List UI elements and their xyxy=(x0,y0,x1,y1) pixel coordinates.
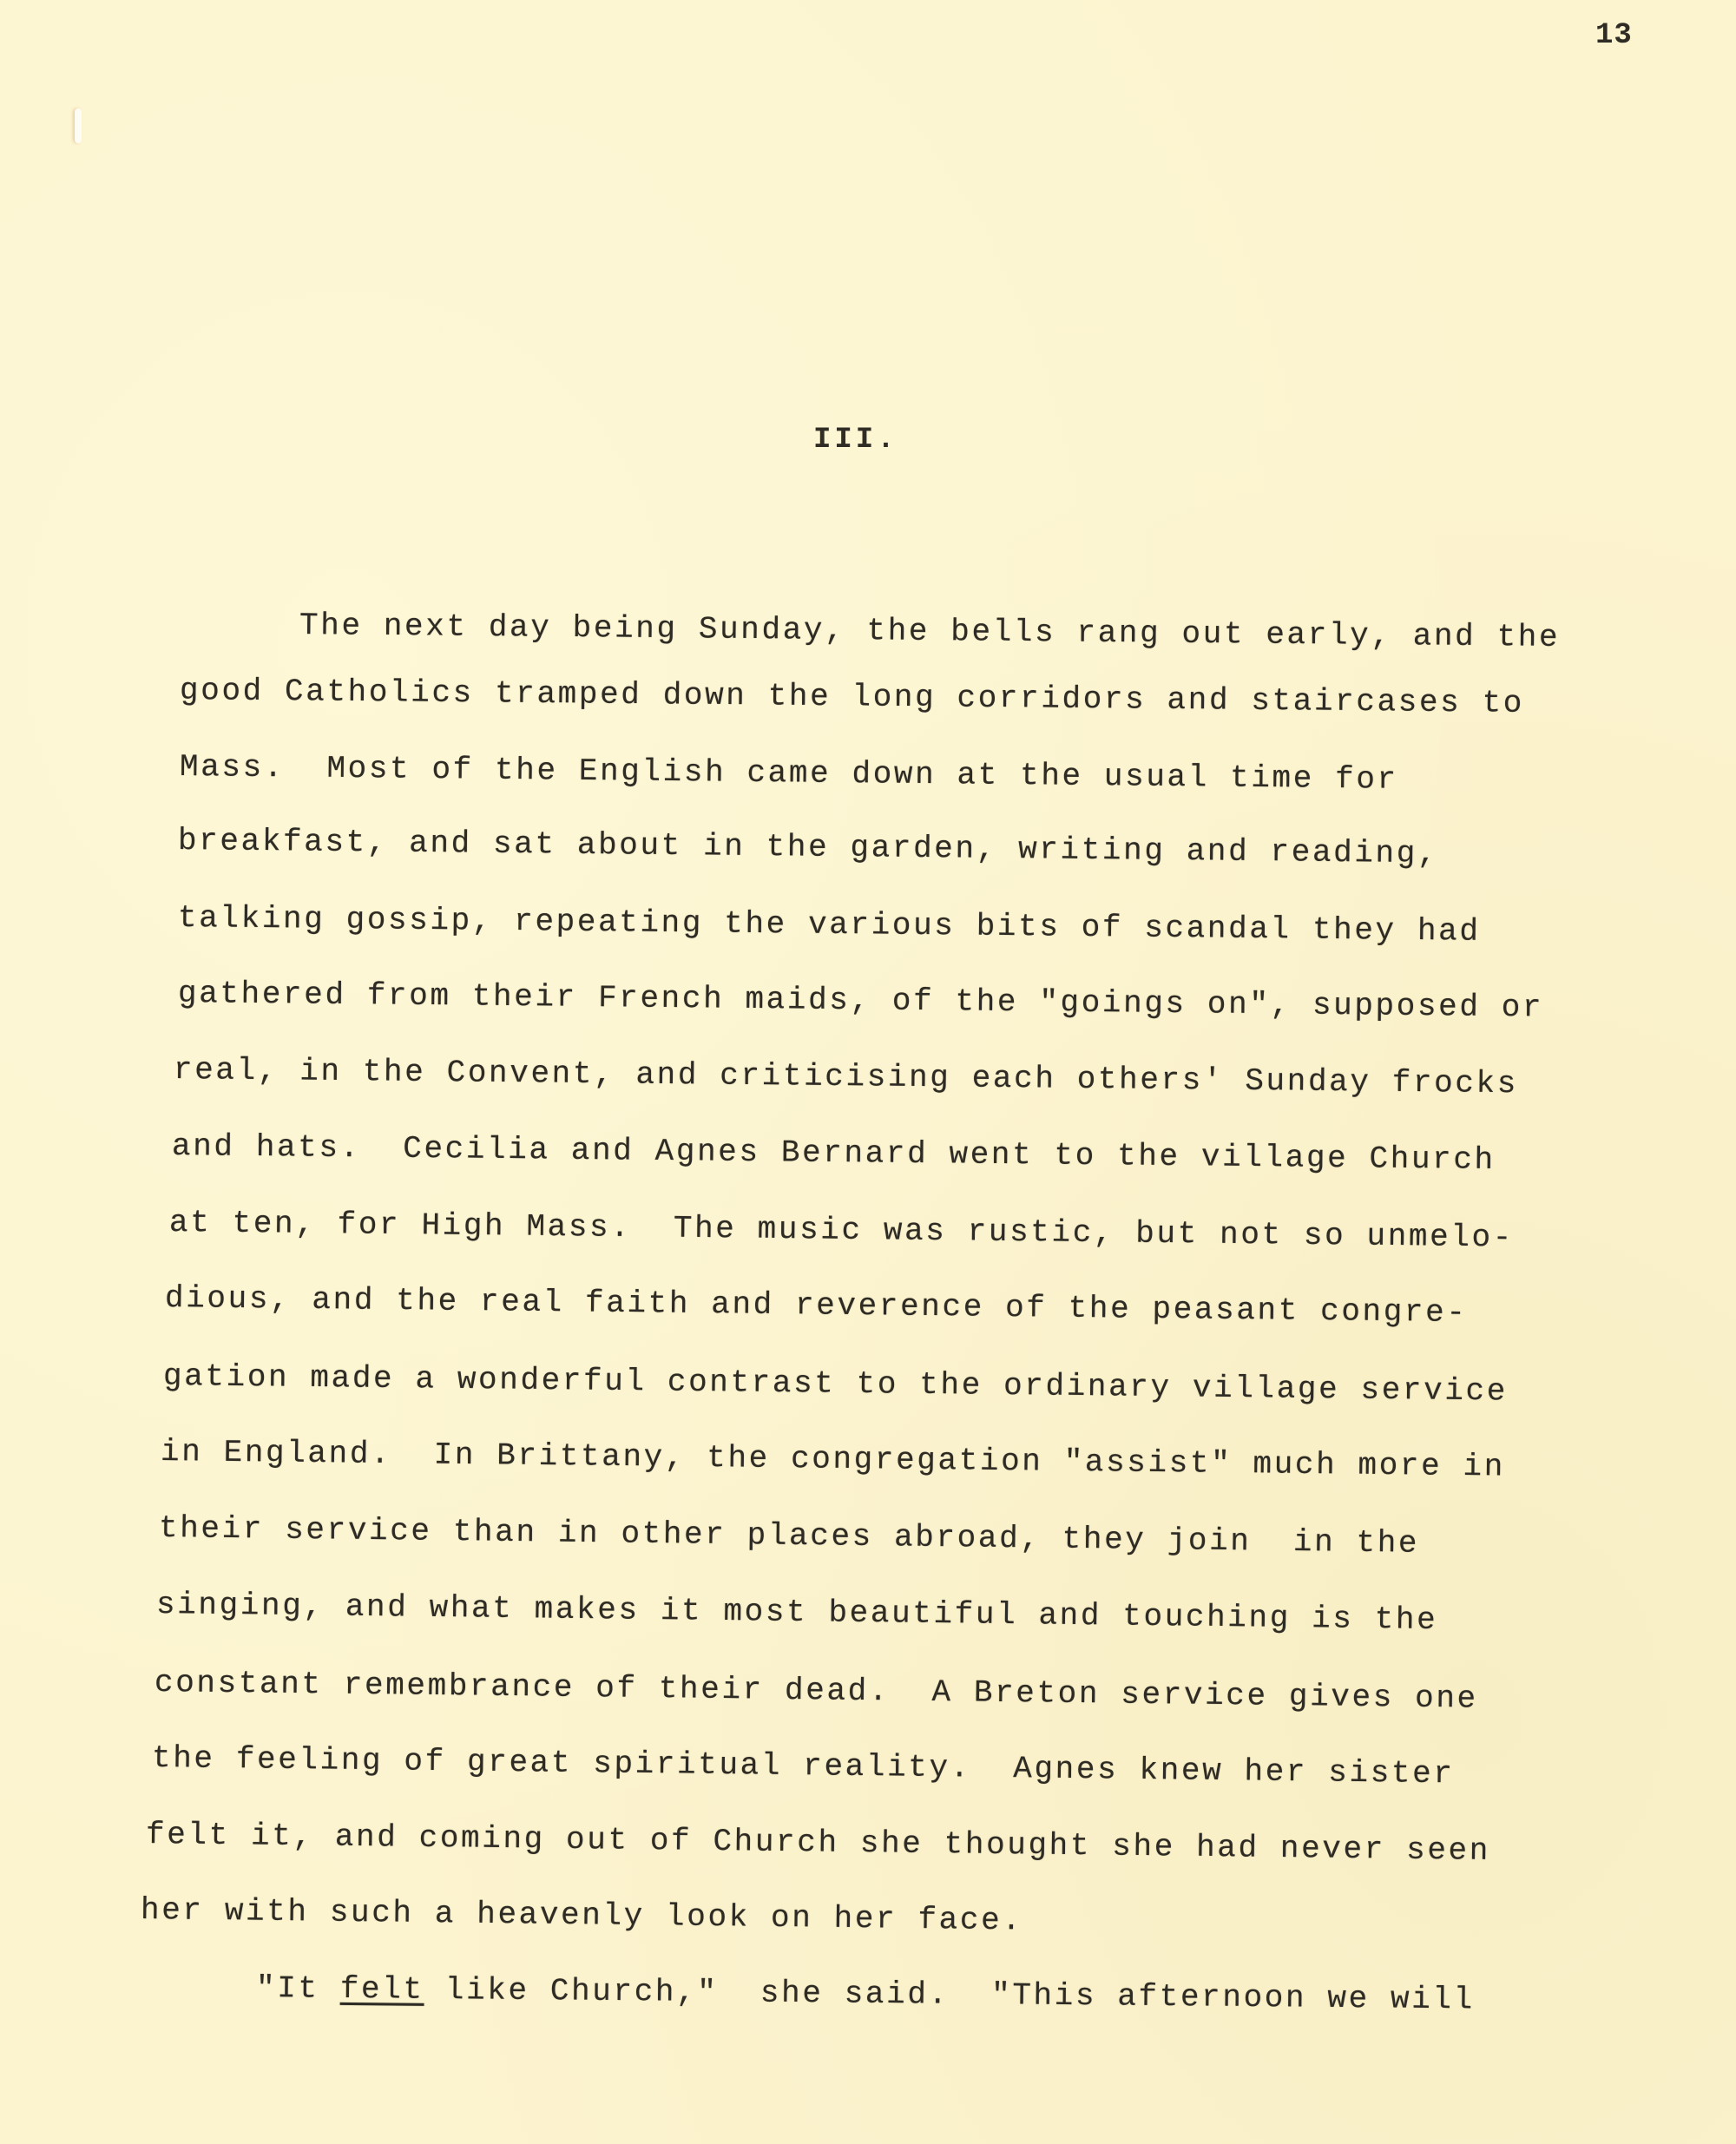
text-line: dious, and the real faith and reverence … xyxy=(165,1280,1468,1331)
text-line: real, in the Convent, and criticising ea… xyxy=(174,1052,1518,1102)
text-line: singing, and what makes it most beautifu… xyxy=(156,1587,1438,1638)
dialogue-line: "It felt like Church," she said. "This a… xyxy=(256,1970,1475,2017)
text-line: breakfast, and sat about in the garden, … xyxy=(178,823,1439,871)
text-line: at ten, for High Mass. The music was rus… xyxy=(169,1205,1514,1256)
text-line: and hats. Cecilia and Agnes Bernard went… xyxy=(172,1128,1496,1178)
paper-tear-mark xyxy=(75,109,82,143)
text-line: Mass. Most of the English came down at t… xyxy=(180,749,1398,798)
text-line: talking gossip, repeating the various bi… xyxy=(178,900,1481,950)
text-line: in England. In Brittany, the congregatio… xyxy=(161,1434,1505,1485)
text-line: gation made a wonderful contrast to the … xyxy=(163,1358,1508,1410)
chapter-heading: III. xyxy=(813,424,898,457)
text-line: the feeling of great spiritual reality. … xyxy=(152,1740,1455,1792)
page-number: 13 xyxy=(1595,19,1633,52)
dialogue-text-start: "It xyxy=(256,1970,340,2007)
text-line: her with such a heavenly look on her fac… xyxy=(141,1892,1023,1938)
underlined-emphasis: felt xyxy=(340,1971,424,2008)
text-line: good Catholics tramped down the long cor… xyxy=(180,673,1524,721)
text-line: constant remembrance of their dead. A Br… xyxy=(155,1665,1478,1717)
dialogue-text-end: like Church," she said. "This afternoon … xyxy=(424,1972,1475,2018)
text-line: felt it, and coming out of Church she th… xyxy=(146,1817,1490,1869)
text-line: gathered from their French maids, of the… xyxy=(178,976,1544,1025)
text-line: The next day being Sunday, the bells ran… xyxy=(299,608,1561,655)
manuscript-page: 13 III. The next day being Sunday, the b… xyxy=(0,0,1736,2144)
text-line: their service than in other places abroa… xyxy=(159,1510,1420,1562)
